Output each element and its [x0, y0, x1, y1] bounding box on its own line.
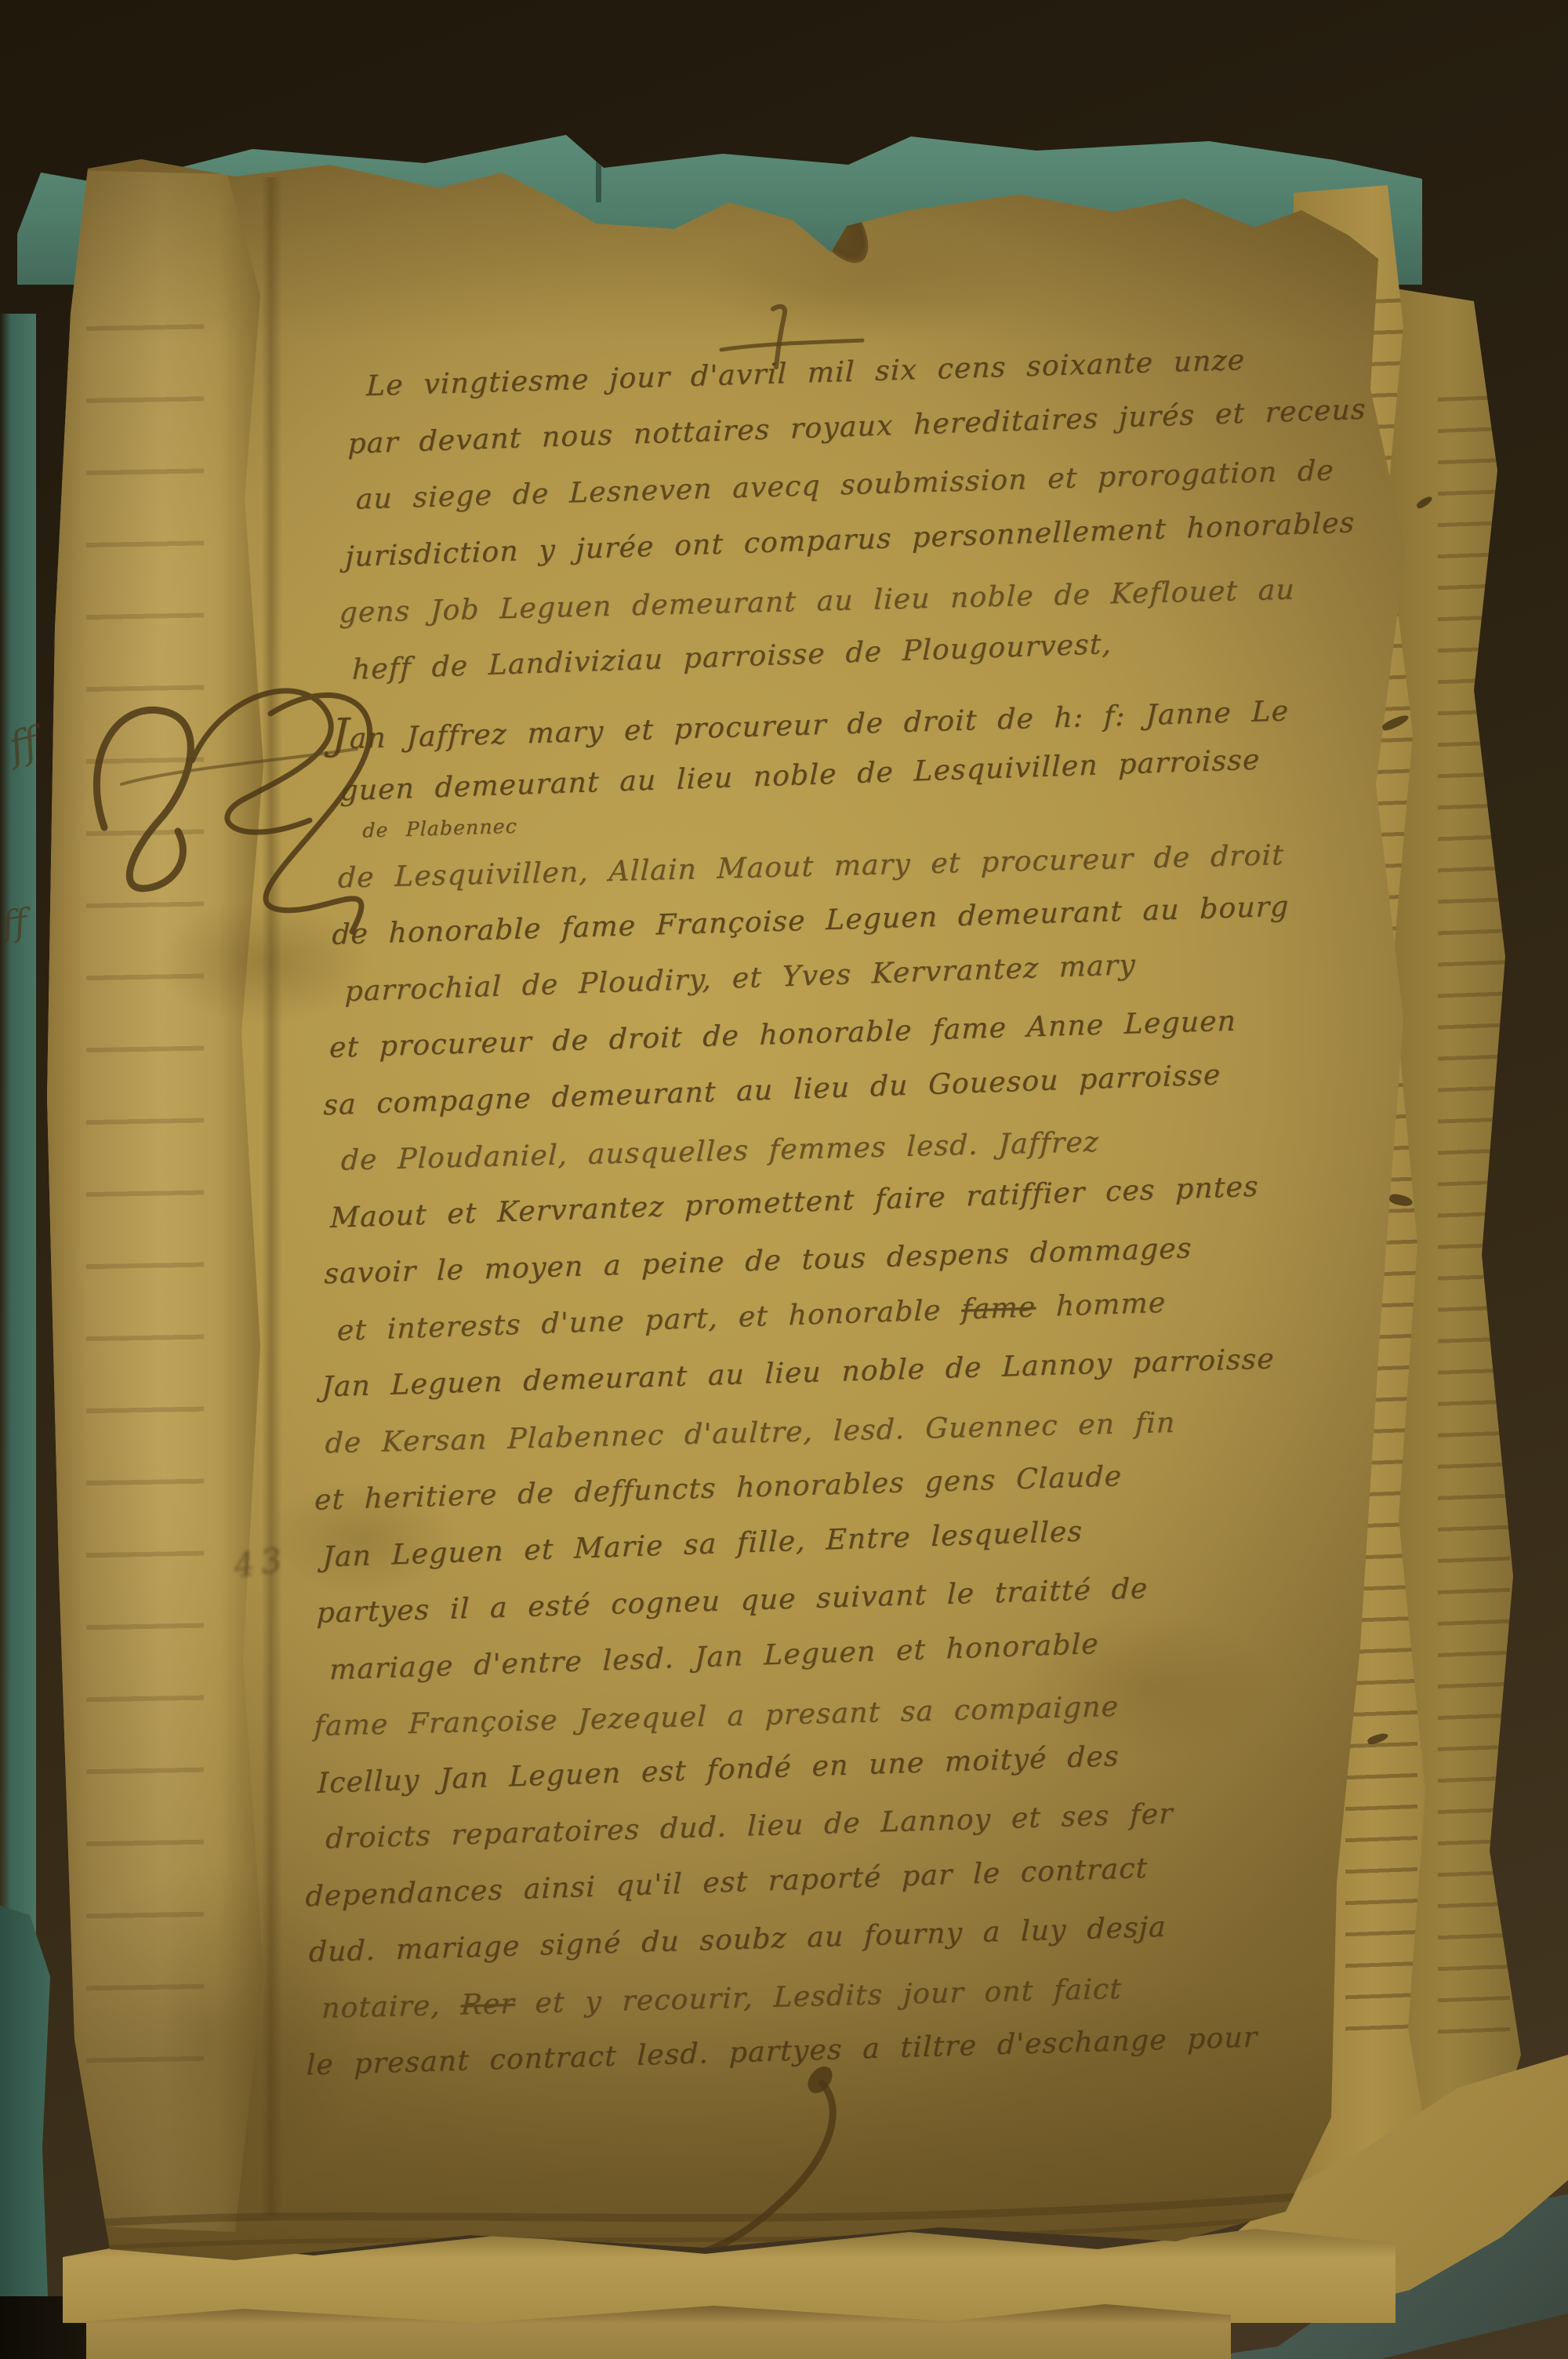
margin-smudge: 43: [231, 1539, 291, 1585]
manuscript-photo: Le vingtiesme jour d'avril mil six cens …: [0, 0, 1568, 2359]
folder-bottom-left-edge: [0, 1906, 50, 2359]
folder-left-edge: [0, 314, 36, 1976]
folder-seam: [596, 140, 601, 202]
manuscript-page: Le vingtiesme jour d'avril mil six cens …: [38, 154, 1417, 2279]
manuscript-text: Le vingtiesme jour d'avril mil six cens …: [306, 328, 1396, 2094]
